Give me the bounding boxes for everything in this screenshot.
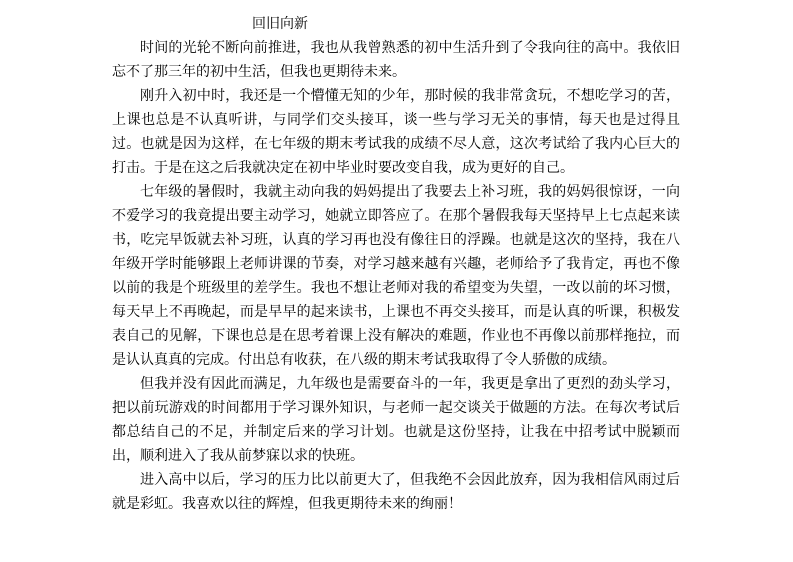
essay-body: 时间的光轮不断向前推进，我也从我曾熟悉的初中生活升到了令我向往的高中。我依旧忘不… [112, 35, 680, 515]
essay-paragraph: 进入高中以后，学习的压力比以前更大了，但我绝不会因此放弃，因为我相信风雨过后就是… [112, 467, 680, 515]
essay-title: 回旧向新 [112, 11, 680, 35]
essay-paragraph: 刚升入初中时，我还是一个懵懂无知的少年，那时候的我非常贪玩，不想吃学习的苦，上课… [112, 83, 680, 179]
essay-paragraph: 七年级的暑假时，我就主动向我的妈妈提出了我要去上补习班，我的妈妈很惊讶，一向不爱… [112, 179, 680, 371]
essay-paragraph: 但我并没有因此而满足，九年级也是需要奋斗的一年，我更是拿出了更烈的劲头学习，把以… [112, 371, 680, 467]
document-page: 回旧向新 时间的光轮不断向前推进，我也从我曾熟悉的初中生活升到了令我向往的高中。… [0, 0, 793, 562]
essay-paragraph: 时间的光轮不断向前推进，我也从我曾熟悉的初中生活升到了令我向往的高中。我依旧忘不… [112, 35, 680, 83]
